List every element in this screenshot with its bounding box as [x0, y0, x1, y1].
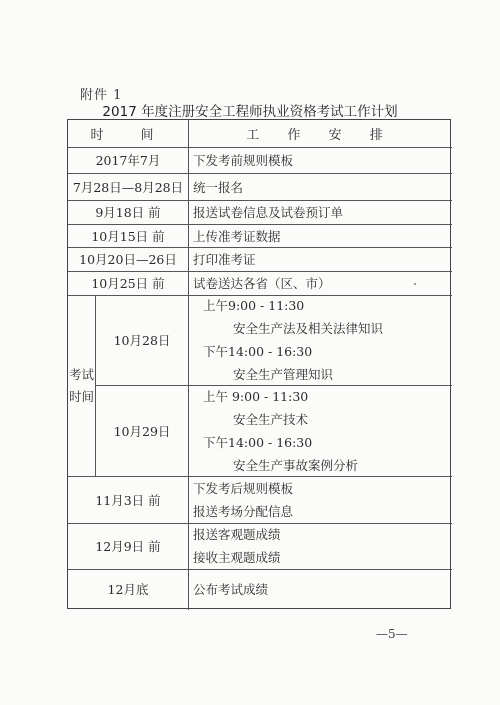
row-time: 7月28日—8月28日 — [68, 173, 188, 200]
row-time: 9月18日 前 — [68, 200, 188, 224]
row-task: 试卷送达各省（区、市） — [189, 271, 452, 295]
session-time: 上午9:00 - 11:30 — [193, 294, 304, 317]
row-tasks: 报送客观题成绩 接收主观题成绩 — [189, 523, 452, 569]
exam-time-group-label: 考试 时间 — [68, 295, 95, 476]
row-time: 11月3日 前 — [68, 476, 188, 523]
exam-sessions: 上午9:00 - 11:30 安全生产法及相关法律知识 下午14:00 - 16… — [193, 295, 448, 385]
exam-sessions: 上午 9:00 - 11:30 安全生产技术 下午14:00 - 16:30 安… — [193, 385, 448, 476]
row-time: 12月9日 前 — [68, 523, 188, 569]
session-time: 下午14:00 - 16:30 — [193, 431, 312, 454]
row-task: 报送试卷信息及试卷预订单 — [189, 200, 452, 224]
row-time: 12月底 — [68, 569, 188, 608]
session-subject: 安全生产法及相关法律知识 — [193, 317, 383, 340]
session-time: 上午 9:00 - 11:30 — [193, 385, 308, 408]
row-task: 统一报名 — [189, 173, 452, 200]
exam-label-line1: 考试 — [69, 364, 94, 386]
session-subject: 安全生产技术 — [193, 408, 308, 431]
row-time: 2017年7月 — [68, 147, 188, 173]
row-task: 上传准考证数据 — [189, 224, 452, 247]
page-number: —5— — [376, 627, 408, 641]
row-task: 下发考后规则模板 — [193, 477, 293, 500]
document-title: 2017 年度注册安全工程师执业资格考试工作计划 — [0, 100, 500, 120]
row-time: 10月15日 前 — [68, 224, 188, 247]
row-task: 公布考试成绩 — [189, 569, 452, 608]
row-task: 报送考场分配信息 — [193, 500, 293, 523]
row-tasks: 下发考后规则模板 报送考场分配信息 — [189, 476, 452, 523]
header-arrangement: 工 作 安 排 — [189, 120, 452, 147]
header-time: 时 间 — [68, 120, 188, 147]
session-subject: 安全生产事故案例分析 — [193, 454, 358, 477]
exam-date: 10月28日 — [96, 295, 188, 385]
row-task: 报送客观题成绩 — [193, 523, 281, 546]
session-subject: 安全生产管理知识 — [193, 363, 333, 386]
row-time: 10月20日—26日 — [68, 247, 188, 271]
scan-speck — [414, 283, 416, 285]
row-time: 10月25日 前 — [68, 271, 188, 295]
session-time: 下午14:00 - 16:30 — [193, 340, 312, 363]
row-task: 下发考前规则模板 — [189, 147, 452, 173]
exam-date: 10月29日 — [96, 385, 188, 476]
work-plan-table: 时 间 工 作 安 排 2017年7月 下发考前规则模板 7月28日—8月28日… — [67, 119, 451, 609]
exam-label-line2: 时间 — [69, 386, 94, 408]
row-task: 打印准考证 — [189, 247, 452, 271]
row-task: 接收主观题成绩 — [193, 546, 281, 569]
